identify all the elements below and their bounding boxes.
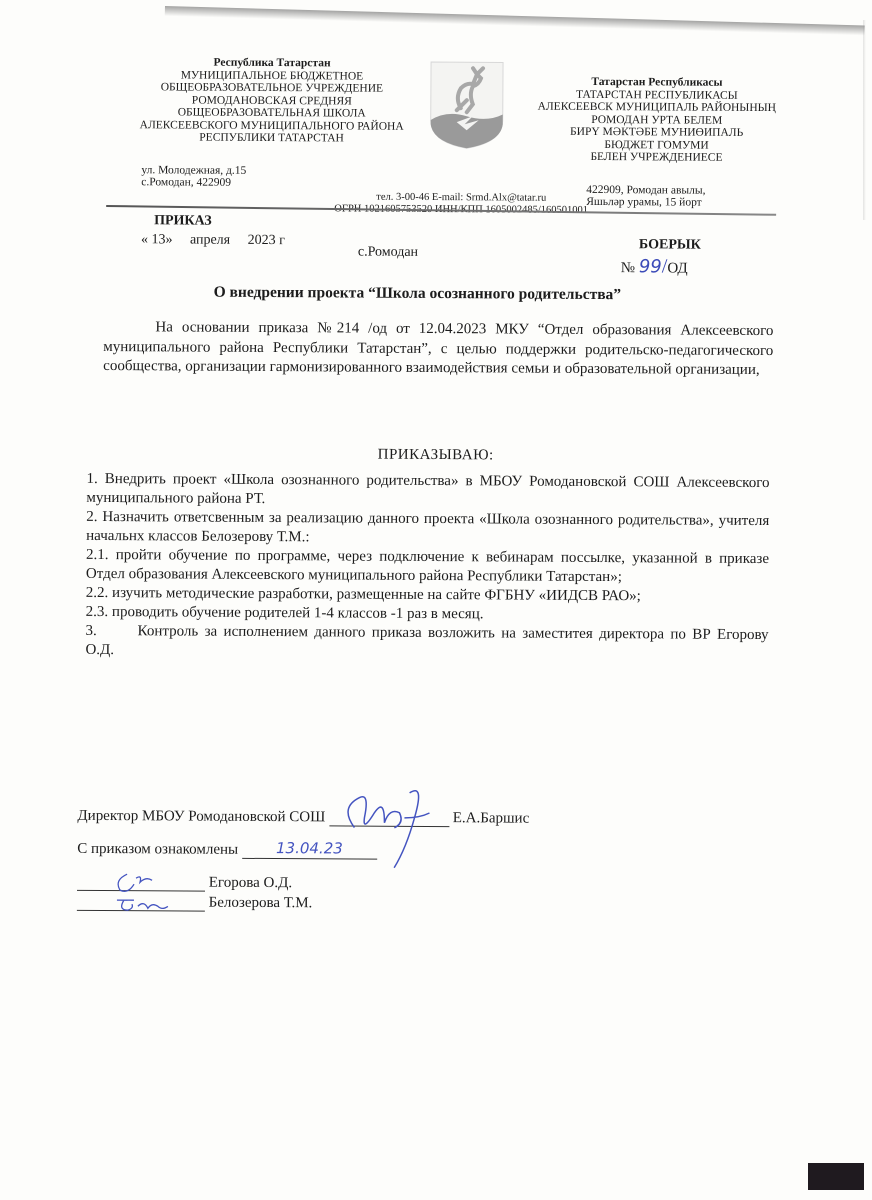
org-line: БИРҮ МӘКТӘБЕ МУНИӨИПАЛЬ [537, 126, 777, 140]
order-item: 1. Внедрить проект «Школа озознанного ро… [86, 470, 769, 512]
director-label: Директор МБОУ Ромодановской СОШ [77, 808, 325, 826]
staff-signature-line [77, 910, 205, 912]
org-line: АЛЕКСЕЕВСКОГО МУНИЦИПАЛЬНОГО РАЙОНА [132, 119, 412, 133]
item-number: 3. [86, 622, 138, 641]
handwritten-date: 13.04.23 [276, 839, 343, 857]
date-day: « 13» [141, 232, 173, 247]
org-line: АЛЕКСЕЕВСК МУНИЦИПАЛЬ РАЙОНЫНЫҢ [537, 101, 777, 115]
handwritten-number: 99 [639, 256, 662, 277]
signature-block: Директор МБОУ Ромодановской СОШ Е.А.Барш… [78, 808, 638, 811]
order-title-tatar: БОЕРЫК [639, 237, 701, 253]
date-month: апреля [190, 233, 230, 248]
document-page: Республика Татарстан МУНИЦИПАЛЬНОЕ БЮДЖЕ… [0, 0, 872, 1200]
staff-signature-row: Белозерова Т.М. [77, 894, 312, 912]
director-name: Е.А.Баршис [453, 810, 530, 826]
staff-signature-icon [112, 870, 162, 896]
item-text: Контроль за исполнением данного приказа … [85, 623, 768, 658]
director-signature-line [329, 825, 449, 827]
order-word: ПРИКАЗЫВАЮ: [0, 444, 872, 466]
acquainted-date-line: 13.04.23 [242, 839, 377, 860]
order-title: ПРИКАЗ [154, 213, 212, 229]
acquainted-label: С приказом ознакомлены [77, 841, 238, 858]
date-year: 2023 г [248, 233, 285, 248]
staff-signature-line [77, 890, 205, 892]
order-date: « 13» апреля 2023 г [141, 232, 299, 249]
preamble-text: На основании приказа №214 /од от 12.04.2… [103, 318, 773, 381]
order-number: № 99/ОД [621, 255, 688, 278]
address-line: с.Ромодан, 422909 [141, 176, 411, 190]
number-prefix: № [621, 260, 635, 276]
director-signature-icon [334, 787, 445, 878]
header-left-russian: Республика Татарстан МУНИЦИПАЛЬНОЕ БЮДЖЕ… [131, 56, 412, 190]
staff-name: Белозерова Т.М. [209, 895, 313, 912]
acquainted-row: С приказом ознакомлены 13.04.23 [77, 838, 377, 860]
staff-name: Егорова О.Д. [209, 875, 292, 892]
staff-signature-row: Егорова О.Д. [77, 874, 292, 892]
header-right-tatar: Татарстан Республикасы ТАТАРСТАН РЕСПУБЛ… [536, 76, 777, 210]
address-left: ул. Молодежная, д.15 с.Ромодан, 422909 [131, 164, 411, 191]
order-item: 2. Назначить ответсвенным за реализацию … [86, 508, 769, 550]
staff-signature-icon [112, 894, 172, 916]
order-items: 1. Внедрить проект «Школа озознанного ро… [85, 470, 769, 664]
document-heading: О внедрении проекта “Школа осознанного р… [214, 284, 674, 305]
number-suffix: ОД [667, 260, 687, 276]
org-line: ОБЩЕОБРАЗОВАТЕЛЬНОЕ УЧРЕЖДЕНИЕ [132, 81, 412, 95]
coat-of-arms-deer-icon [427, 58, 508, 150]
order-place: с.Ромодан [358, 245, 418, 261]
order-item: 2.1. пройти обучение по программе, через… [86, 546, 769, 588]
preamble: На основании приказа №214 /од от 12.04.2… [103, 318, 773, 381]
org-line: БЕЛЕН УЧРЕЖДЕНИЕСЕ [536, 151, 776, 165]
order-item-3: 3.Контроль за исполнением данного приказ… [85, 622, 768, 664]
org-line: РЕСПУБЛИКИ ТАТАРСТАН [132, 131, 412, 145]
contact-info: тел. 3-00-46 E-mail: Srmd.Alx@tatar.ru О… [301, 191, 621, 217]
director-signature-row: Директор МБОУ Ромодановской СОШ Е.А.Барш… [77, 808, 529, 828]
